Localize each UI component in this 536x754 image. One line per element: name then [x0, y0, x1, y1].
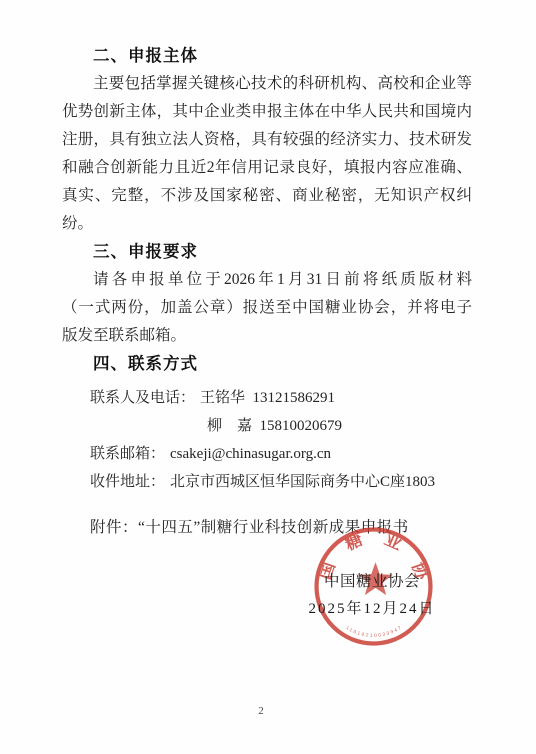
contact-email-label: 联系邮箱：: [90, 446, 165, 462]
contact-email-row: 联系邮箱：csakeji@chinasugar.org.cn: [62, 440, 472, 468]
contact-phone-value-2: 柳 嘉 15810020679: [207, 418, 342, 434]
contact-phone-value-1: 王铭华 13121586291: [200, 390, 335, 406]
paragraph-line: （一式两份，加盖公章）报送至中国糖业协会，并将电子: [62, 294, 472, 322]
seal-serial-number: 11010210033947: [345, 625, 402, 638]
section-heading-application-subject: 二、申报主体: [62, 42, 472, 70]
contact-address-label: 收件地址：: [90, 474, 165, 490]
paragraph-line: 注册，具有独立法人资格，具有较强的经济实力、技术研发: [62, 126, 472, 154]
contact-phone-row-1: 联系人及电话：王铭华 13121586291: [62, 384, 472, 412]
paragraph-line: 主要包括掌握关键核心技术的科研机构、高校和企业等: [62, 70, 472, 98]
paragraph-line: 优势创新主体，其中企业类申报主体在中华人民共和国境内: [62, 98, 472, 126]
paragraph-line: 真实、完整，不涉及国家秘密、商业秘密，无知识产权纠纷。: [62, 182, 472, 238]
contact-email-value: csakeji@chinasugar.org.cn: [170, 446, 331, 462]
contact-address-row: 收件地址：北京市西城区恒华国际商务中心C座1803: [62, 468, 472, 496]
paragraph-line: 版发至联系邮箱。: [62, 322, 472, 350]
section-heading-contact-info: 四、联系方式: [62, 350, 472, 378]
paragraph-line: 和融合创新能力且近2年信用记录良好，填报内容应准确、: [62, 154, 472, 182]
document-page: 二、申报主体 主要包括掌握关键核心技术的科研机构、高校和企业等 优势创新主体，其…: [0, 0, 536, 754]
page-number: 2: [0, 705, 522, 717]
contact-address-value: 北京市西城区恒华国际商务中心C座1803: [170, 474, 435, 490]
contact-phone-row-2: 柳 嘉 15810020679: [62, 412, 472, 440]
signature-org-name: 中国糖业协会: [286, 574, 458, 590]
signature-block: 中国糖业协会 2025年12月24日: [286, 574, 458, 617]
signature-date: 2025年12月24日: [286, 601, 458, 617]
paragraph-line: 请各申报单位于2026年1月31日前将纸质版材料: [62, 266, 472, 294]
document-body: 二、申报主体 主要包括掌握关键核心技术的科研机构、高校和企业等 优势创新主体，其…: [62, 42, 472, 542]
contact-phone-label: 联系人及电话：: [90, 390, 195, 406]
svg-text:11010210033947: 11010210033947: [345, 625, 402, 638]
section-heading-application-requirements: 三、申报要求: [62, 238, 472, 266]
